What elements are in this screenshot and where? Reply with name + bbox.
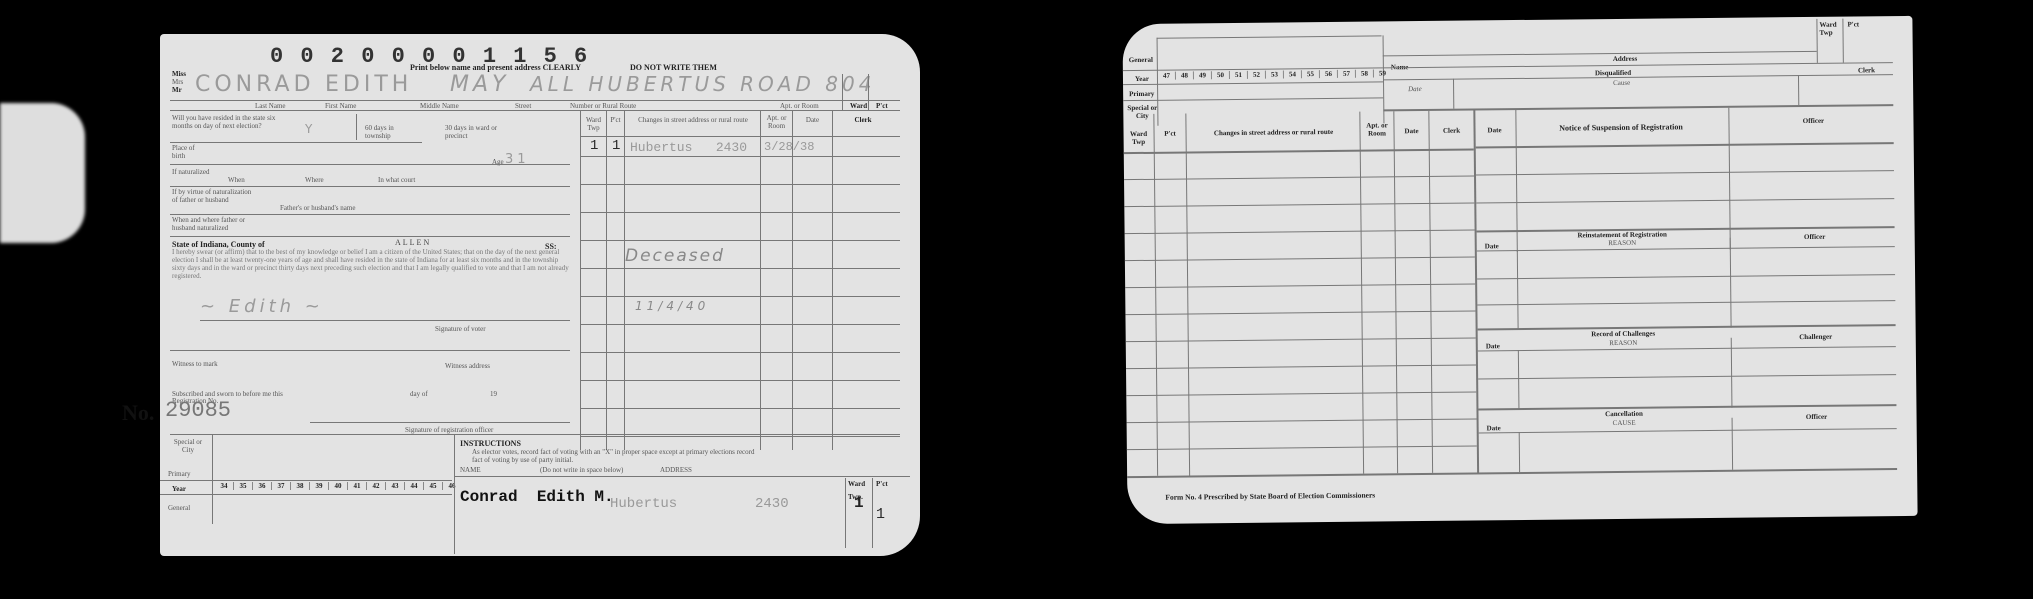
label-when-where: When and where father or husband natural… [172,216,267,232]
label-pct: P'ct [876,102,888,110]
label-middle-name: Middle Name [420,102,459,110]
last-name-handwritten: CONRAD [195,72,315,97]
title-miss: Miss [172,70,186,78]
label-day-of: day of [410,390,428,398]
challenges-challenger: Challenger [1736,332,1896,342]
label-name: NAME [460,466,481,474]
label-days-township: 60 days in township [365,124,415,140]
label-apt: Apt. or Room [780,102,819,110]
label-witness: Witness to mark [172,360,218,368]
back-th-pct: P'ct [1155,129,1186,137]
typed-ward-label: Ward [848,480,865,488]
label-witness-address: Witness address [445,362,490,370]
title-mr: Mr [172,86,182,94]
typed-ward: 1 [854,494,864,512]
challenges-date: Date [1486,342,1500,350]
label-signature-officer: Signature of registration officer [405,426,493,434]
suspension-title: Notice of Suspension of Registration [1518,122,1723,133]
header-instruction: Print below name and present address CLE… [410,64,581,72]
first-name-handwritten: EDITH [325,72,412,97]
suspension-date: Date [1475,126,1513,134]
back-th-apt: Apt. or Room [1360,121,1393,137]
deceased-note: Deceased [625,246,725,266]
grid-label-special: Special or City [168,438,208,454]
voter-signature: ~ Edith ~ [200,296,324,317]
th-clerk: Clerk [833,116,893,124]
oath-text: I hereby swear (or affirm) that to the b… [172,248,572,280]
label-naturalized: If naturalized [172,168,212,176]
label-ward: Ward [850,102,867,110]
back-footer: Form No. 4 Prescribed by State Board of … [1165,492,1375,502]
label-do-not-write: (Do not write in space below) [540,466,623,474]
label-address: ADDRESS [660,466,692,474]
instructions-heading: INSTRUCTIONS [460,440,521,448]
label-first-name: First Name [325,102,356,110]
typed-pct-label: P'ct [876,480,888,488]
back-grid-label-general: General [1129,56,1153,64]
cancellation-officer: Officer [1737,412,1897,422]
reinstatement-reason: REASON [1520,238,1725,248]
reinstatement-officer: Officer [1735,232,1895,242]
instructions-text-2: fact of voting by use of party initial. [472,456,573,464]
reinstatement-date: Date [1485,242,1499,250]
th-date: Date [793,116,832,124]
label-when: When [228,176,245,184]
back-th-changes: Changes in street address or rural route [1188,128,1360,138]
address-handwritten: ALL HUBERTUS ROAD 804 [530,72,875,96]
deceased-date: 11/4/40 [635,299,709,313]
grid-label-general: General [168,504,190,512]
residence-question: Will you have resided in the state six m… [172,114,282,130]
registration-card-front: 0 0 2 0 0 0 0 1 1 5 6 Print below name a… [160,34,920,556]
label-days-ward: 30 days in ward or precinct [445,124,520,140]
header-warning: DO NOT WRITE THEM [630,64,717,72]
back-label-address: Address [1613,55,1637,63]
th-ward-twp: Ward Twp [581,116,606,132]
label-court: In what court [378,176,415,184]
punch-hole [132,452,150,470]
change-row-address: Hubertus 2430 [630,140,747,155]
cancellation-date: Date [1487,424,1501,432]
typed-number: 2430 [755,496,789,512]
year-cells-back: 47 48 49 50 51 52 53 54 55 56 57 58 59 [1158,69,1391,79]
label-street: Street [515,102,531,110]
label-place-of-birth: Place of birth [172,144,202,160]
change-row-ward: 1 [590,138,598,154]
label-father-husband: If by virtue of naturalization of father… [172,188,252,204]
adjacent-card-edge [0,103,85,243]
typed-name: Conrad Edith M. [460,488,614,506]
label-father-name: Father's or husband's name [280,204,355,212]
instructions-text-1: As elector votes, record fact of voting … [472,448,912,456]
back-th-ward-twp: Ward Twp [1124,130,1154,146]
th-changes: Changes in street address or rural route [626,116,760,124]
back-th-clerk: Clerk [1429,126,1473,134]
back-label-clerk: Clerk [1858,66,1875,74]
change-row-date: 3/28/38 [764,140,814,154]
grid-label-primary: Primary [168,470,191,478]
residence-answer: Y [305,122,316,136]
back-grid-label-year: Year [1135,75,1149,83]
challenges-reason: REASON [1521,338,1726,348]
middle-name-handwritten: MAY [450,72,509,97]
label-signature-voter: Signature of voter [435,325,486,333]
back-label-ward-twp: Ward Twp [1819,21,1839,37]
back-th-date: Date [1394,127,1428,135]
label-where: Where [305,176,324,184]
th-pct: P'ct [607,116,624,124]
registration-card-back: General Year Primary Special or City 47 … [1122,16,1917,524]
change-row-pct: 1 [612,138,620,154]
cancellation-cause: CAUSE [1522,418,1727,428]
grid-label-year: Year [172,485,186,493]
year-cells-front: 34 35 36 37 38 39 40 41 42 43 44 45 46 [215,482,461,490]
typed-street: Hubertus [610,496,677,512]
year-prefix: 19 [490,390,497,398]
label-last-name: Last Name [255,102,286,110]
typed-pct: 1 [876,506,885,523]
th-apt: Apt. or Room [761,114,792,130]
county-value: ALLEN [395,238,431,247]
suspension-officer: Officer [1733,116,1893,126]
label-number: Number or Rural Route [570,102,636,110]
number-sign: No. [122,400,154,426]
registration-number: 29085 [165,398,231,423]
title-mrs: Mrs [172,78,183,86]
back-label-cause: Cause [1613,79,1630,87]
back-label-pct: P'ct [1847,20,1859,28]
back-label-date: Date [1408,85,1422,93]
back-grid-label-primary: Primary [1129,90,1154,98]
